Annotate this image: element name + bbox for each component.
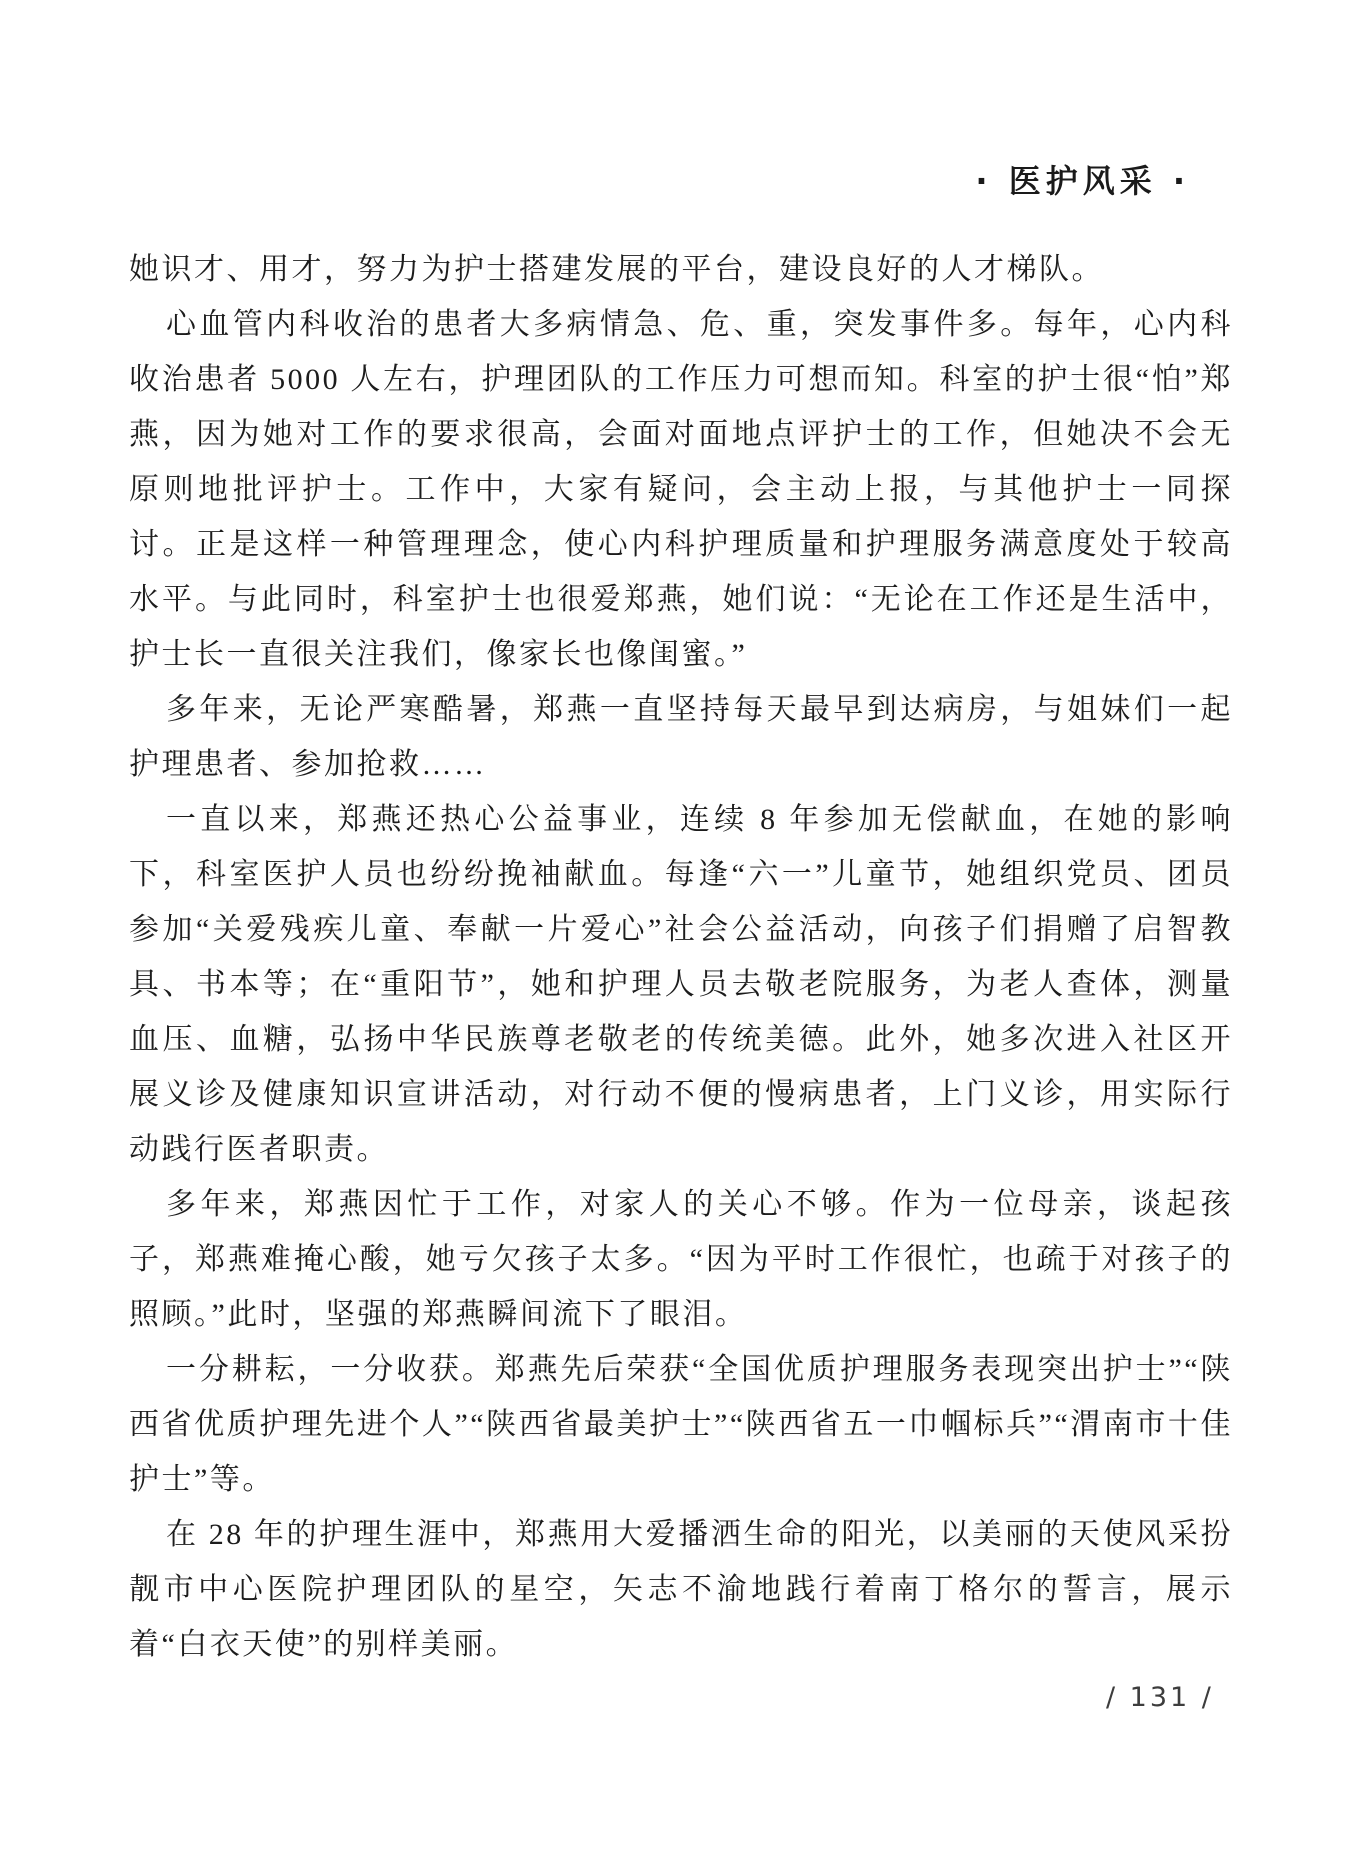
paragraph-6: 一分耕耘，一分收获。郑燕先后荣获“全国优质护理服务表现突出护士”“陕西省优质护理… xyxy=(129,1342,1233,1507)
paragraph-3: 多年来，无论严寒酷暑，郑燕一直坚持每天最早到达病房，与姐妹们一起护理患者、参加抢… xyxy=(129,682,1233,792)
paragraph-7: 在 28 年的护理生涯中，郑燕用大爱播洒生命的阳光，以美丽的天使风采扮靓市中心医… xyxy=(129,1507,1233,1672)
page-number: / 131 / xyxy=(1106,1682,1214,1713)
section-header: · 医护风采 · xyxy=(975,156,1190,202)
article-body: 她识才、用才，努力为护士搭建发展的平台，建设良好的人才梯队。 心血管内科收治的患… xyxy=(129,242,1233,1672)
paragraph-2: 心血管内科收治的患者大多病情急、危、重，突发事件多。每年，心内科收治患者 500… xyxy=(129,297,1233,682)
paragraph-4: 一直以来，郑燕还热心公益事业，连续 8 年参加无偿献血，在她的影响下，科室医护人… xyxy=(129,792,1233,1177)
document-page: · 医护风采 · 她识才、用才，努力为护士搭建发展的平台，建设良好的人才梯队。 … xyxy=(0,0,1362,1858)
paragraph-5: 多年来，郑燕因忙于工作，对家人的关心不够。作为一位母亲，谈起孩子，郑燕难掩心酸，… xyxy=(129,1177,1233,1342)
paragraph-1: 她识才、用才，努力为护士搭建发展的平台，建设良好的人才梯队。 xyxy=(129,242,1233,297)
